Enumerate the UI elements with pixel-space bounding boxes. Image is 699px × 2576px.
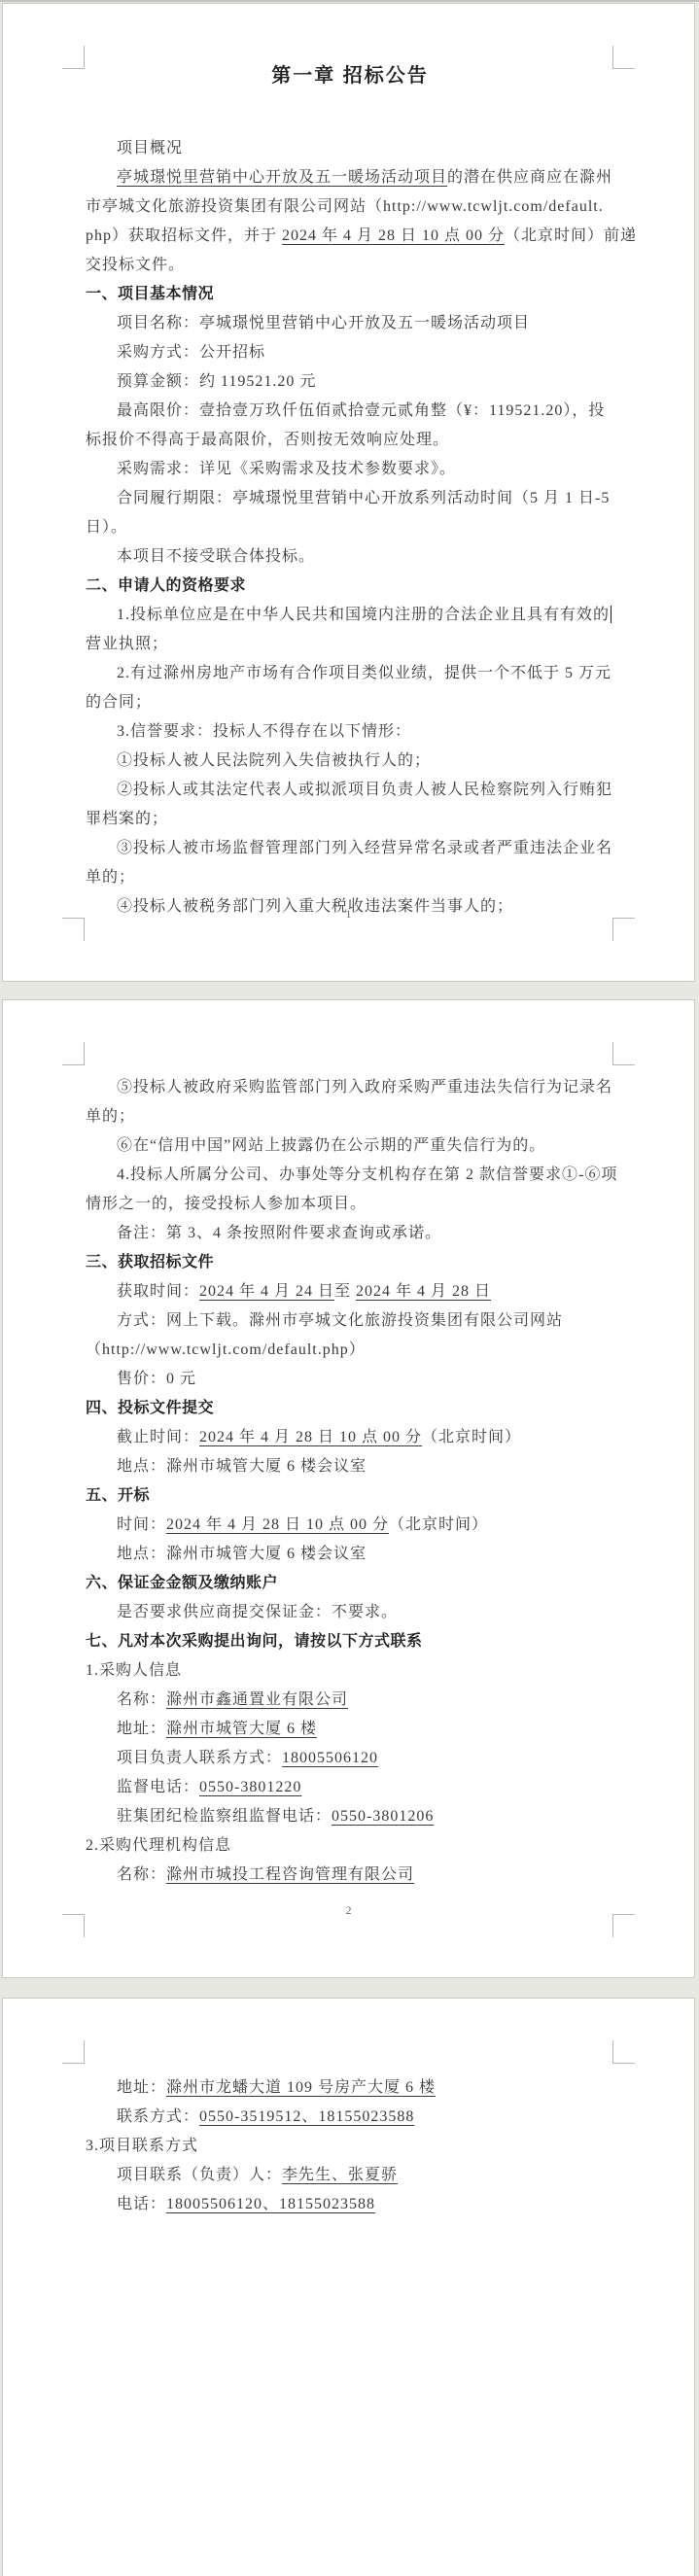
underlined-text: 滁州市龙蟠大道 109 号房产大厦 6 楼 [166,2079,436,2096]
text-line[interactable]: 地点：滁州市城管大厦 6 楼会议室 [86,1540,614,1569]
text-line[interactable]: 2.有过滁州房地产市场有合作项目类似业绩，提供一个不低于 5 万元 [86,659,614,688]
section-heading[interactable]: 四、投标文件提交 [86,1394,614,1423]
text-line[interactable]: 的合同； [86,688,614,717]
text-segment: 交投标文件。 [86,257,185,273]
text-line[interactable]: 名称：滁州市城投工程咨询管理有限公司 [86,1861,614,1890]
margin-corner-mark [612,2040,635,2064]
text-line[interactable]: 采购方式：公开招标 [86,338,614,367]
underlined-text: 0550-3519512、18155023588 [199,2108,414,2125]
text-segment: 三、获取招标文件 [86,1254,214,1271]
text-segment: 地址： [117,1721,166,1737]
text-segment: 联系方式： [117,2108,199,2125]
chapter-title[interactable]: 第一章 招标公告 [86,61,614,90]
text-line[interactable]: 电话：18005506120、18155023588 [86,2190,614,2219]
text-segment: 地点：滁州市城管大厦 6 楼会议室 [117,1458,367,1475]
text-segment: 采购方式：公开招标 [117,344,265,361]
text-segment: （北京时间） [389,1516,488,1533]
text-line[interactable]: 获取时间：2024 年 4 月 24 日至 2024 年 4 月 28 日 [86,1277,614,1306]
text-line[interactable]: 方式：网上下载。滁州市亭城文化旅游投资集团有限公司网站 [86,1306,614,1336]
text-segment: 市亭城文化旅游投资集团有限公司网站（http://www.tcwljt.com/… [86,198,604,215]
text-segment: 是否要求供应商提交保证金：不要求。 [117,1604,398,1620]
text-segment: 名称： [117,1866,166,1883]
text-line[interactable]: ②投标人或其法定代表人或拟派项目负责人被人民检察院列入行贿犯 [86,776,614,805]
text-segment: 方式：网上下载。滁州市亭城文化旅游投资集团有限公司网站 [117,1312,563,1329]
underlined-text: 0550-3801206 [332,1808,434,1825]
text-segment: 预算金额：约 119521.20 元 [117,373,316,390]
page-number: 2 [3,1902,694,1918]
text-line[interactable]: 4.投标人所属分公司、办事处等分支机构存在第 2 款信誉要求①-⑥项 [86,1161,614,1190]
text-line[interactable]: 预算金额：约 119521.20 元 [86,367,614,397]
section-heading[interactable]: 五、开标 [86,1481,614,1511]
text-line[interactable]: ①投标人被人民法院列入失信被执行人的； [86,747,614,776]
text-line[interactable]: 2.采购代理机构信息 [86,1831,614,1861]
underlined-text: 0550-3801220 [199,1779,301,1795]
text-line[interactable]: 罪档案的； [86,805,614,834]
text-segment: 本项目不接受联合体投标。 [117,548,315,565]
text-segment: 项目负责人联系方式： [117,1750,282,1766]
page-lines: 第一章 招标公告项目概况亭城璟悦里营销中心开放及五一暖场活动项目的潜在供应商应在… [86,4,614,922]
text-cursor [611,606,612,623]
text-segment: （http://www.tcwljt.com/default.php） [86,1341,366,1358]
text-segment: 地点：滁州市城管大厦 6 楼会议室 [117,1546,367,1562]
text-segment: 采购需求：详见《采购需求及技术参数要求》。 [117,461,456,477]
page-lines: 地址：滁州市龙蟠大道 109 号房产大厦 6 楼联系方式：0550-351951… [86,1999,614,2219]
text-line[interactable]: 名称：滁州市鑫通置业有限公司 [86,1686,614,1715]
text-segment: 2.采购代理机构信息 [86,1837,231,1854]
text-line[interactable]: 标报价不得高于最高限价，否则按无效响应处理。 [86,426,614,455]
section-heading[interactable]: 一、项目基本情况 [86,280,614,309]
margin-corner-mark [612,46,635,69]
text-segment: （北京时间） [422,1429,521,1445]
underlined-text: 18005506120、18155023588 [166,2196,375,2212]
text-line[interactable]: 1.采购人信息 [86,1656,614,1686]
text-line[interactable]: 交投标文件。 [86,251,614,280]
underlined-text: 2024 年 4 月 28 日 10 点 00 分 [166,1516,389,1533]
text-segment: 项目联系（负责）人： [117,2167,282,2183]
text-line[interactable]: 项目负责人联系方式：18005506120 [86,1744,614,1773]
text-segment: 电话： [117,2196,166,2212]
section-heading[interactable]: 二、申请人的资格要求 [86,572,614,601]
text-segment: 监督电话： [117,1779,199,1795]
section-heading[interactable]: 三、获取招标文件 [86,1248,614,1277]
text-segment: 2.有过滁州房地产市场有合作项目类似业绩，提供一个不低于 5 万元 [117,665,612,681]
text-segment: 合同履行期限：亭城璟悦里营销中心开放系列活动时间（5 月 1 日-5 [117,490,610,506]
text-segment: 项目概况 [117,140,183,157]
text-line[interactable]: 亭城璟悦里营销中心开放及五一暖场活动项目的潜在供应商应在滁州 [86,163,614,192]
text-line[interactable]: 市亭城文化旅游投资集团有限公司网站（http://www.tcwljt.com/… [86,192,614,222]
text-line[interactable]: 情形之一的，接受投标人参加本项目。 [86,1190,614,1219]
document-page-2[interactable]: ⑤投标人被政府采购监管部门列入政府采购严重违法失信行为记录名单的；⑥在“信用中国… [2,999,695,1978]
text-segment: 获取时间： [117,1283,199,1300]
text-line[interactable]: 单的； [86,863,614,892]
text-segment: 的合同； [86,694,152,711]
underlined-text: 2024 年 4 月 28 日 [356,1283,491,1300]
viewport-top-border [0,0,699,2]
underlined-text: 2024 年 4 月 24 日 [199,1283,334,1300]
text-line[interactable]: 截止时间：2024 年 4 月 28 日 10 点 00 分（北京时间） [86,1423,614,1452]
text-segment: 罪档案的； [86,811,168,827]
underlined-text: 滁州市城投工程咨询管理有限公司 [166,1866,414,1883]
underlined-text: 18005506120 [282,1750,378,1766]
text-segment: 单的； [86,869,135,886]
text-segment: 时间： [117,1516,166,1533]
text-line[interactable]: 联系方式：0550-3519512、18155023588 [86,2103,614,2132]
underlined-text: 李先生、张夏骄 [282,2167,398,2183]
text-line[interactable]: 项目概况 [86,134,614,163]
text-segment: 1.投标单位应是在中华人民共和国境内注册的合法企业且具有有效的 [117,607,610,623]
page-number: 1 [3,906,694,922]
text-segment: ⑤投标人被政府采购监管部门列入政府采购严重违法失信行为记录名 [117,1079,612,1096]
text-line[interactable]: ⑥在“信用中国”网站上披露仍在公示期的严重失信行为的。 [86,1131,614,1161]
text-segment: 六、保证金金额及缴纳账户 [86,1575,278,1591]
text-segment: 日）。 [86,519,127,536]
page-lines: ⑤投标人被政府采购监管部门列入政府采购严重违法失信行为记录名单的；⑥在“信用中国… [86,1000,614,1890]
text-segment: 标报价不得高于最高限价，否则按无效响应处理。 [86,432,449,448]
text-segment: 一、项目基本情况 [86,286,214,302]
text-segment: （北京时间）前递 [505,227,637,244]
text-segment: 七、凡对本次采购提出询问，请按以下方式联系 [86,1633,423,1650]
underlined-text: 2024 年 4 月 28 日 10 点 00 分 [199,1429,422,1445]
underlined-text: 亭城璟悦里营销中心开放及五一暖场活动项目 [117,169,447,186]
margin-corner-mark [612,1042,635,1065]
text-line[interactable]: 备注：第 3、4 条按照附件要求查询或承诺。 [86,1219,614,1248]
text-segment: 五、开标 [86,1487,150,1504]
text-segment: 3.信誉要求：投标人不得存在以下情形： [117,723,411,740]
section-heading[interactable]: 六、保证金金额及缴纳账户 [86,1569,614,1598]
text-line[interactable]: 日）。 [86,513,614,542]
text-segment: 营业执照； [86,636,168,652]
text-line[interactable]: 监督电话：0550-3801220 [86,1773,614,1802]
text-line[interactable]: 项目联系（负责）人：李先生、张夏骄 [86,2161,614,2190]
margin-corner-mark [62,2040,85,2064]
text-segment: 名称： [117,1691,166,1708]
text-segment: 的潜在供应商应在滁州 [447,169,612,186]
text-segment: 二、申请人的资格要求 [86,577,246,594]
text-line[interactable]: 合同履行期限：亭城璟悦里营销中心开放系列活动时间（5 月 1 日-5 [86,484,614,513]
text-line[interactable]: 时间：2024 年 4 月 28 日 10 点 00 分（北京时间） [86,1511,614,1540]
underlined-text: 滁州市城管大厦 6 楼 [166,1721,317,1737]
text-segment: 四、投标文件提交 [86,1400,214,1416]
text-segment: ⑥在“信用中国”网站上披露仍在公示期的严重失信行为的。 [117,1137,545,1154]
margin-corner-mark [62,1042,85,1065]
text-line[interactable]: 3.项目联系方式 [86,2132,614,2161]
text-segment: 至 [334,1283,356,1300]
document-page-1[interactable]: 第一章 招标公告项目概况亭城璟悦里营销中心开放及五一暖场活动项目的潜在供应商应在… [2,3,695,982]
text-line[interactable]: 1.投标单位应是在中华人民共和国境内注册的合法企业且具有有效的 [86,601,614,630]
text-segment: 4.投标人所属分公司、办事处等分支机构存在第 2 款信誉要求①-⑥项 [117,1166,617,1183]
text-segment: 地址： [117,2079,166,2096]
text-line[interactable]: 单的； [86,1102,614,1131]
text-line[interactable]: 驻集团纪检监察组监督电话：0550-3801206 [86,1802,614,1831]
text-segment: 单的； [86,1108,135,1125]
text-segment: 第一章 招标公告 [271,65,429,87]
text-line[interactable]: 采购需求：详见《采购需求及技术参数要求》。 [86,455,614,484]
text-line[interactable]: 营业执照； [86,630,614,659]
underlined-text: 2024 年 4 月 28 日 10 点 00 分 [282,227,505,244]
text-segment: 3.项目联系方式 [86,2138,198,2154]
text-segment: 1.采购人信息 [86,1662,182,1679]
text-line[interactable]: （http://www.tcwljt.com/default.php） [86,1336,614,1365]
text-segment: ①投标人被人民法院列入失信被执行人的； [117,752,431,769]
text-segment: 备注：第 3、4 条按照附件要求查询或承诺。 [117,1225,441,1241]
text-line[interactable]: 是否要求供应商提交保证金：不要求。 [86,1598,614,1627]
document-page-3[interactable]: 地址：滁州市龙蟠大道 109 号房产大厦 6 楼联系方式：0550-351951… [2,1998,695,2576]
text-segment: 最高限价：壹拾壹万玖仟伍佰贰拾壹元贰角整（¥：119521.20），投 [117,402,605,419]
text-line[interactable]: 本项目不接受联合体投标。 [86,542,614,572]
text-segment: ③投标人被市场监督管理部门列入经营异常名录或者严重违法企业名 [117,840,612,856]
text-line[interactable]: ③投标人被市场监督管理部门列入经营异常名录或者严重违法企业名 [86,834,614,863]
text-line[interactable]: 售价：0 元 [86,1365,614,1394]
text-segment: 项目名称：亭城璟悦里营销中心开放及五一暖场活动项目 [117,315,530,331]
text-segment: ②投标人或其法定代表人或拟派项目负责人被人民检察院列入行贿犯 [117,782,612,798]
text-segment: php）获取招标文件，并于 [86,227,282,244]
text-line[interactable]: 地点：滁州市城管大厦 6 楼会议室 [86,1452,614,1481]
text-line[interactable]: 地址：滁州市龙蟠大道 109 号房产大厦 6 楼 [86,2073,614,2103]
text-line[interactable]: 项目名称：亭城璟悦里营销中心开放及五一暖场活动项目 [86,309,614,338]
text-segment: 情形之一的，接受投标人参加本项目。 [86,1196,367,1212]
text-segment: 截止时间： [117,1429,199,1445]
section-heading[interactable]: 七、凡对本次采购提出询问，请按以下方式联系 [86,1627,614,1656]
text-line[interactable]: php）获取招标文件，并于 2024 年 4 月 28 日 10 点 00 分（… [86,222,614,251]
underlined-text: 滁州市鑫通置业有限公司 [166,1691,348,1708]
text-line[interactable]: 3.信誉要求：投标人不得存在以下情形： [86,717,614,747]
text-segment: 售价：0 元 [117,1371,196,1387]
text-line[interactable]: 地址：滁州市城管大厦 6 楼 [86,1715,614,1744]
text-line[interactable]: ⑤投标人被政府采购监管部门列入政府采购严重违法失信行为记录名 [86,1073,614,1102]
text-segment: 驻集团纪检监察组监督电话： [117,1808,332,1825]
text-line[interactable]: 最高限价：壹拾壹万玖仟伍佰贰拾壹元贰角整（¥：119521.20），投 [86,397,614,426]
margin-corner-mark [62,46,85,69]
